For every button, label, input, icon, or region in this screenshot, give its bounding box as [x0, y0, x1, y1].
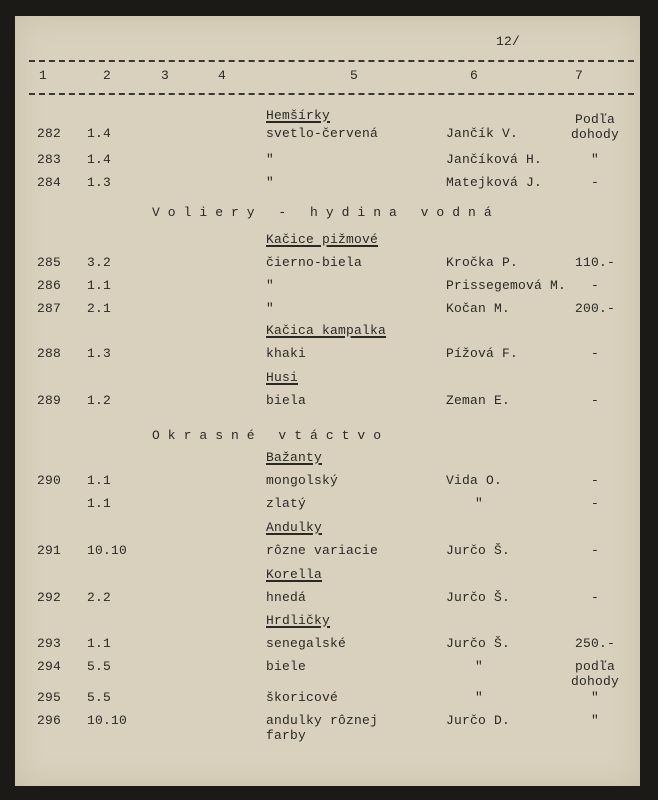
row-price: - — [565, 473, 625, 488]
row-price: - — [565, 590, 625, 605]
header-rule-bottom — [29, 93, 634, 95]
group-heading: Bažanty — [266, 450, 322, 465]
row-price: " — [565, 690, 625, 705]
row-number: 286 — [37, 278, 61, 293]
row-number: 285 — [37, 255, 61, 270]
row-description: svetlo-červená — [266, 126, 378, 141]
row-price: - — [565, 278, 625, 293]
row-count: 1.1 — [87, 636, 111, 651]
row-owner: Zeman E. — [446, 393, 510, 408]
row-count: 10.10 — [87, 543, 127, 558]
row-owner: Vida O. — [446, 473, 502, 488]
row-description: khaki — [266, 346, 306, 361]
group-heading: Husi — [266, 370, 298, 385]
row-number: 294 — [37, 659, 61, 674]
row-count: 10.10 — [87, 713, 127, 728]
row-price: - — [565, 175, 625, 190]
row-owner: Pížová F. — [446, 346, 518, 361]
row-description: mongolský — [266, 473, 338, 488]
group-heading: Korella — [266, 567, 322, 582]
row-description: rôzne variacie — [266, 543, 378, 558]
column-header-1: 1 — [39, 68, 47, 83]
row-count: 1.3 — [87, 175, 111, 190]
row-description: biele — [266, 659, 306, 674]
row-count: 5.5 — [87, 659, 111, 674]
row-price: " — [565, 152, 625, 167]
row-owner: Jurčo Š. — [446, 590, 510, 605]
row-count: 1.2 — [87, 393, 111, 408]
page-number: 12/ — [496, 34, 520, 49]
row-price: 200.- — [565, 301, 625, 316]
group-heading: Kačica kampalka — [266, 323, 386, 338]
column-header-4: 4 — [218, 68, 226, 83]
column-header-3: 3 — [161, 68, 169, 83]
row-price: podľa dohody — [565, 659, 625, 689]
row-count: 1.4 — [87, 126, 111, 141]
row-number: 290 — [37, 473, 61, 488]
row-description: " — [266, 278, 274, 293]
row-owner: " — [475, 659, 483, 674]
row-number: 284 — [37, 175, 61, 190]
row-description: " — [266, 152, 274, 167]
row-number: 292 — [37, 590, 61, 605]
row-price: - — [565, 543, 625, 558]
row-owner: Kročka P. — [446, 255, 518, 270]
row-owner: " — [475, 496, 483, 511]
row-owner: Prissegemová M. — [446, 278, 566, 293]
row-description: škoricové — [266, 690, 338, 705]
row-number: 293 — [37, 636, 61, 651]
row-number: 295 — [37, 690, 61, 705]
group-heading: Kačice pižmové — [266, 232, 378, 247]
row-price: - — [565, 393, 625, 408]
document-page: 12/ 1 2 3 4 5 6 7 Voliery - hydina vodná… — [15, 16, 640, 786]
row-owner: Jurčo Š. — [446, 543, 510, 558]
row-number: 296 — [37, 713, 61, 728]
row-number: 289 — [37, 393, 61, 408]
row-count: 2.1 — [87, 301, 111, 316]
row-number: 288 — [37, 346, 61, 361]
group-heading: Andulky — [266, 520, 322, 535]
row-description: senegalské — [266, 636, 346, 651]
row-description: andulky rôznej farby — [266, 713, 386, 743]
section-heading: Okrasné vtáctvo — [152, 428, 389, 443]
group-heading: Hrdličky — [266, 613, 330, 628]
row-owner: " — [475, 690, 483, 705]
row-number: 291 — [37, 543, 61, 558]
row-description: čierno-biela — [266, 255, 362, 270]
row-description: hnedá — [266, 590, 306, 605]
row-number: 287 — [37, 301, 61, 316]
row-count: 1.4 — [87, 152, 111, 167]
row-count: 2.2 — [87, 590, 111, 605]
row-owner: Jurčo Š. — [446, 636, 510, 651]
row-price: " — [565, 713, 625, 728]
column-header-7: 7 — [575, 68, 583, 83]
row-count: 3.2 — [87, 255, 111, 270]
row-description: biela — [266, 393, 306, 408]
row-price: Podľa dohody — [565, 112, 625, 142]
row-owner: Matejková J. — [446, 175, 542, 190]
row-owner: Jurčo D. — [446, 713, 510, 728]
row-number: 282 — [37, 126, 61, 141]
row-price: - — [565, 346, 625, 361]
row-count: 1.3 — [87, 346, 111, 361]
column-header-6: 6 — [470, 68, 478, 83]
row-count: 1.1 — [87, 278, 111, 293]
row-description: " — [266, 175, 274, 190]
row-count: 1.1 — [87, 473, 111, 488]
row-price: - — [565, 496, 625, 511]
row-owner: Jančík V. — [446, 126, 518, 141]
row-owner: Jančíková H. — [446, 152, 542, 167]
section-heading: Voliery - hydina vodná — [152, 205, 500, 220]
column-header-5: 5 — [350, 68, 358, 83]
row-description: " — [266, 301, 274, 316]
row-count: 1.1 — [87, 496, 111, 511]
row-count: 5.5 — [87, 690, 111, 705]
row-price: 250.- — [565, 636, 625, 651]
row-price: 110.- — [565, 255, 625, 270]
row-description: zlatý — [266, 496, 306, 511]
row-owner: Kočan M. — [446, 301, 510, 316]
row-number: 283 — [37, 152, 61, 167]
group-heading: Hemšírky — [266, 108, 330, 123]
header-rule-top — [29, 60, 634, 62]
column-header-2: 2 — [103, 68, 111, 83]
